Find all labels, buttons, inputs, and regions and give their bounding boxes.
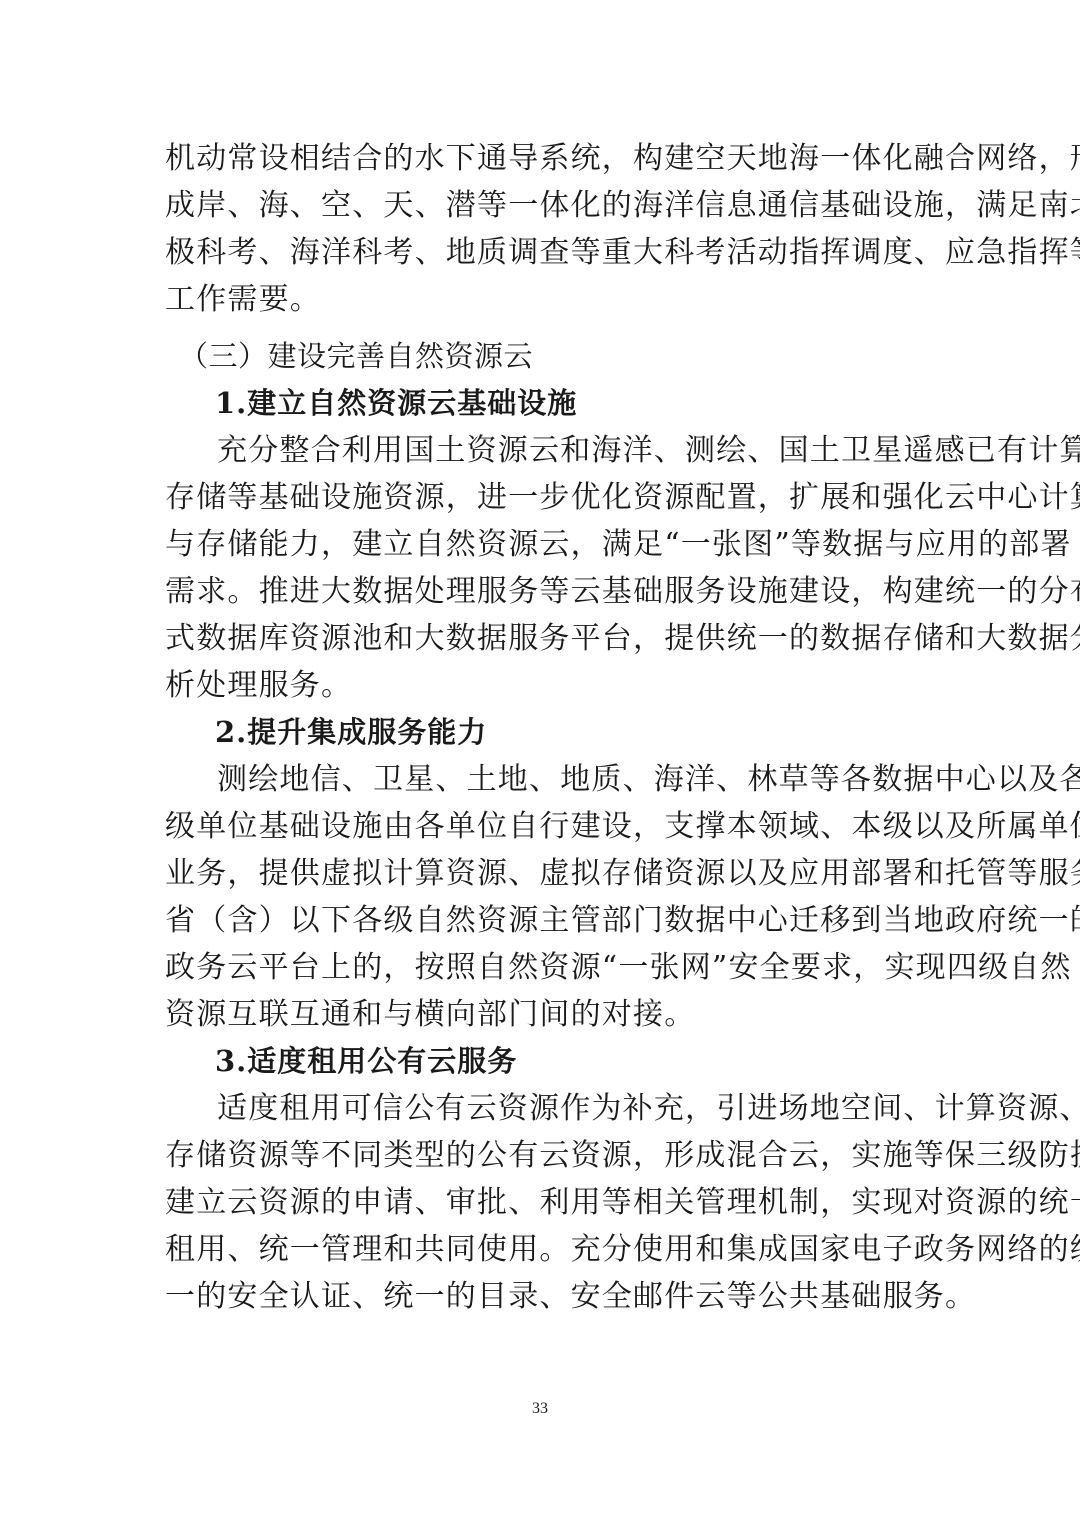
- text-line: 成岸、海、空、天、潜等一体化的海洋信息通信基础设施，满足南北: [165, 182, 917, 229]
- text-line: 式数据库资源池和大数据服务平台，提供统一的数据存储和大数据分: [165, 615, 917, 662]
- subsection-heading: 2.提升集成服务能力: [165, 709, 917, 756]
- text-line: 资源互联互通和与横向部门间的对接。: [165, 991, 917, 1038]
- text-line: 机动常设相结合的水下通导系统，构建空天地海一体化融合网络，形: [165, 135, 917, 182]
- text-line: 业务，提供虚拟计算资源、虚拟存储资源以及应用部署和托管等服务。: [165, 850, 917, 897]
- text-line: 一的安全认证、统一的目录、安全邮件云等公共基础服务。: [165, 1273, 917, 1320]
- subsection-heading: 3.适度租用公有云服务: [165, 1038, 917, 1085]
- text-line: 租用、统一管理和共同使用。充分使用和集成国家电子政务网络的统: [165, 1226, 917, 1273]
- text-line: 存储资源等不同类型的公有云资源，形成混合云，实施等保三级防护。: [165, 1132, 917, 1179]
- text-line: 测绘地信、卫星、土地、地质、海洋、林草等各数据中心以及各: [165, 756, 917, 803]
- text-line: 政务云平台上的，按照自然资源“一张网”安全要求，实现四级自然: [165, 944, 917, 991]
- paragraph-intro: 机动常设相结合的水下通导系统，构建空天地海一体化融合网络，形 成岸、海、空、天、…: [165, 135, 917, 323]
- text-line: 需求。推进大数据处理服务等云基础服务设施建设，构建统一的分布: [165, 568, 917, 615]
- text-line: 存储等基础设施资源，进一步优化资源配置，扩展和强化云中心计算: [165, 474, 917, 521]
- subsection-2: 2.提升集成服务能力 测绘地信、卫星、土地、地质、海洋、林草等各数据中心以及各 …: [165, 709, 917, 1038]
- text-line: 析处理服务。: [165, 662, 917, 709]
- text-line: 工作需要。: [165, 276, 917, 323]
- text-line: 省（含）以下各级自然资源主管部门数据中心迁移到当地政府统一的: [165, 897, 917, 944]
- subsection-1: 1.建立自然资源云基础设施 充分整合利用国土资源云和海洋、测绘、国土卫星遥感已有…: [165, 380, 917, 709]
- subsection-3: 3.适度租用公有云服务 适度租用可信公有云资源作为补充，引进场地空间、计算资源、…: [165, 1038, 917, 1320]
- text-line: 适度租用可信公有云资源作为补充，引进场地空间、计算资源、: [165, 1085, 917, 1132]
- text-line: 极科考、海洋科考、地质调查等重大科考活动指挥调度、应急指挥等: [165, 229, 917, 276]
- page-number: 33: [0, 1400, 1080, 1418]
- text-line: 充分整合利用国土资源云和海洋、测绘、国土卫星遥感已有计算、: [165, 427, 917, 474]
- text-line: 建立云资源的申请、审批、利用等相关管理机制，实现对资源的统一: [165, 1179, 917, 1226]
- text-line: 级单位基础设施由各单位自行建设，支撑本领域、本级以及所属单位: [165, 803, 917, 850]
- section-heading: （三）建设完善自然资源云: [165, 333, 917, 380]
- document-page: 机动常设相结合的水下通导系统，构建空天地海一体化融合网络，形 成岸、海、空、天、…: [165, 135, 917, 1320]
- subsection-heading: 1.建立自然资源云基础设施: [165, 380, 917, 427]
- text-line: 与存储能力，建立自然资源云，满足“一张图”等数据与应用的部署: [165, 521, 917, 568]
